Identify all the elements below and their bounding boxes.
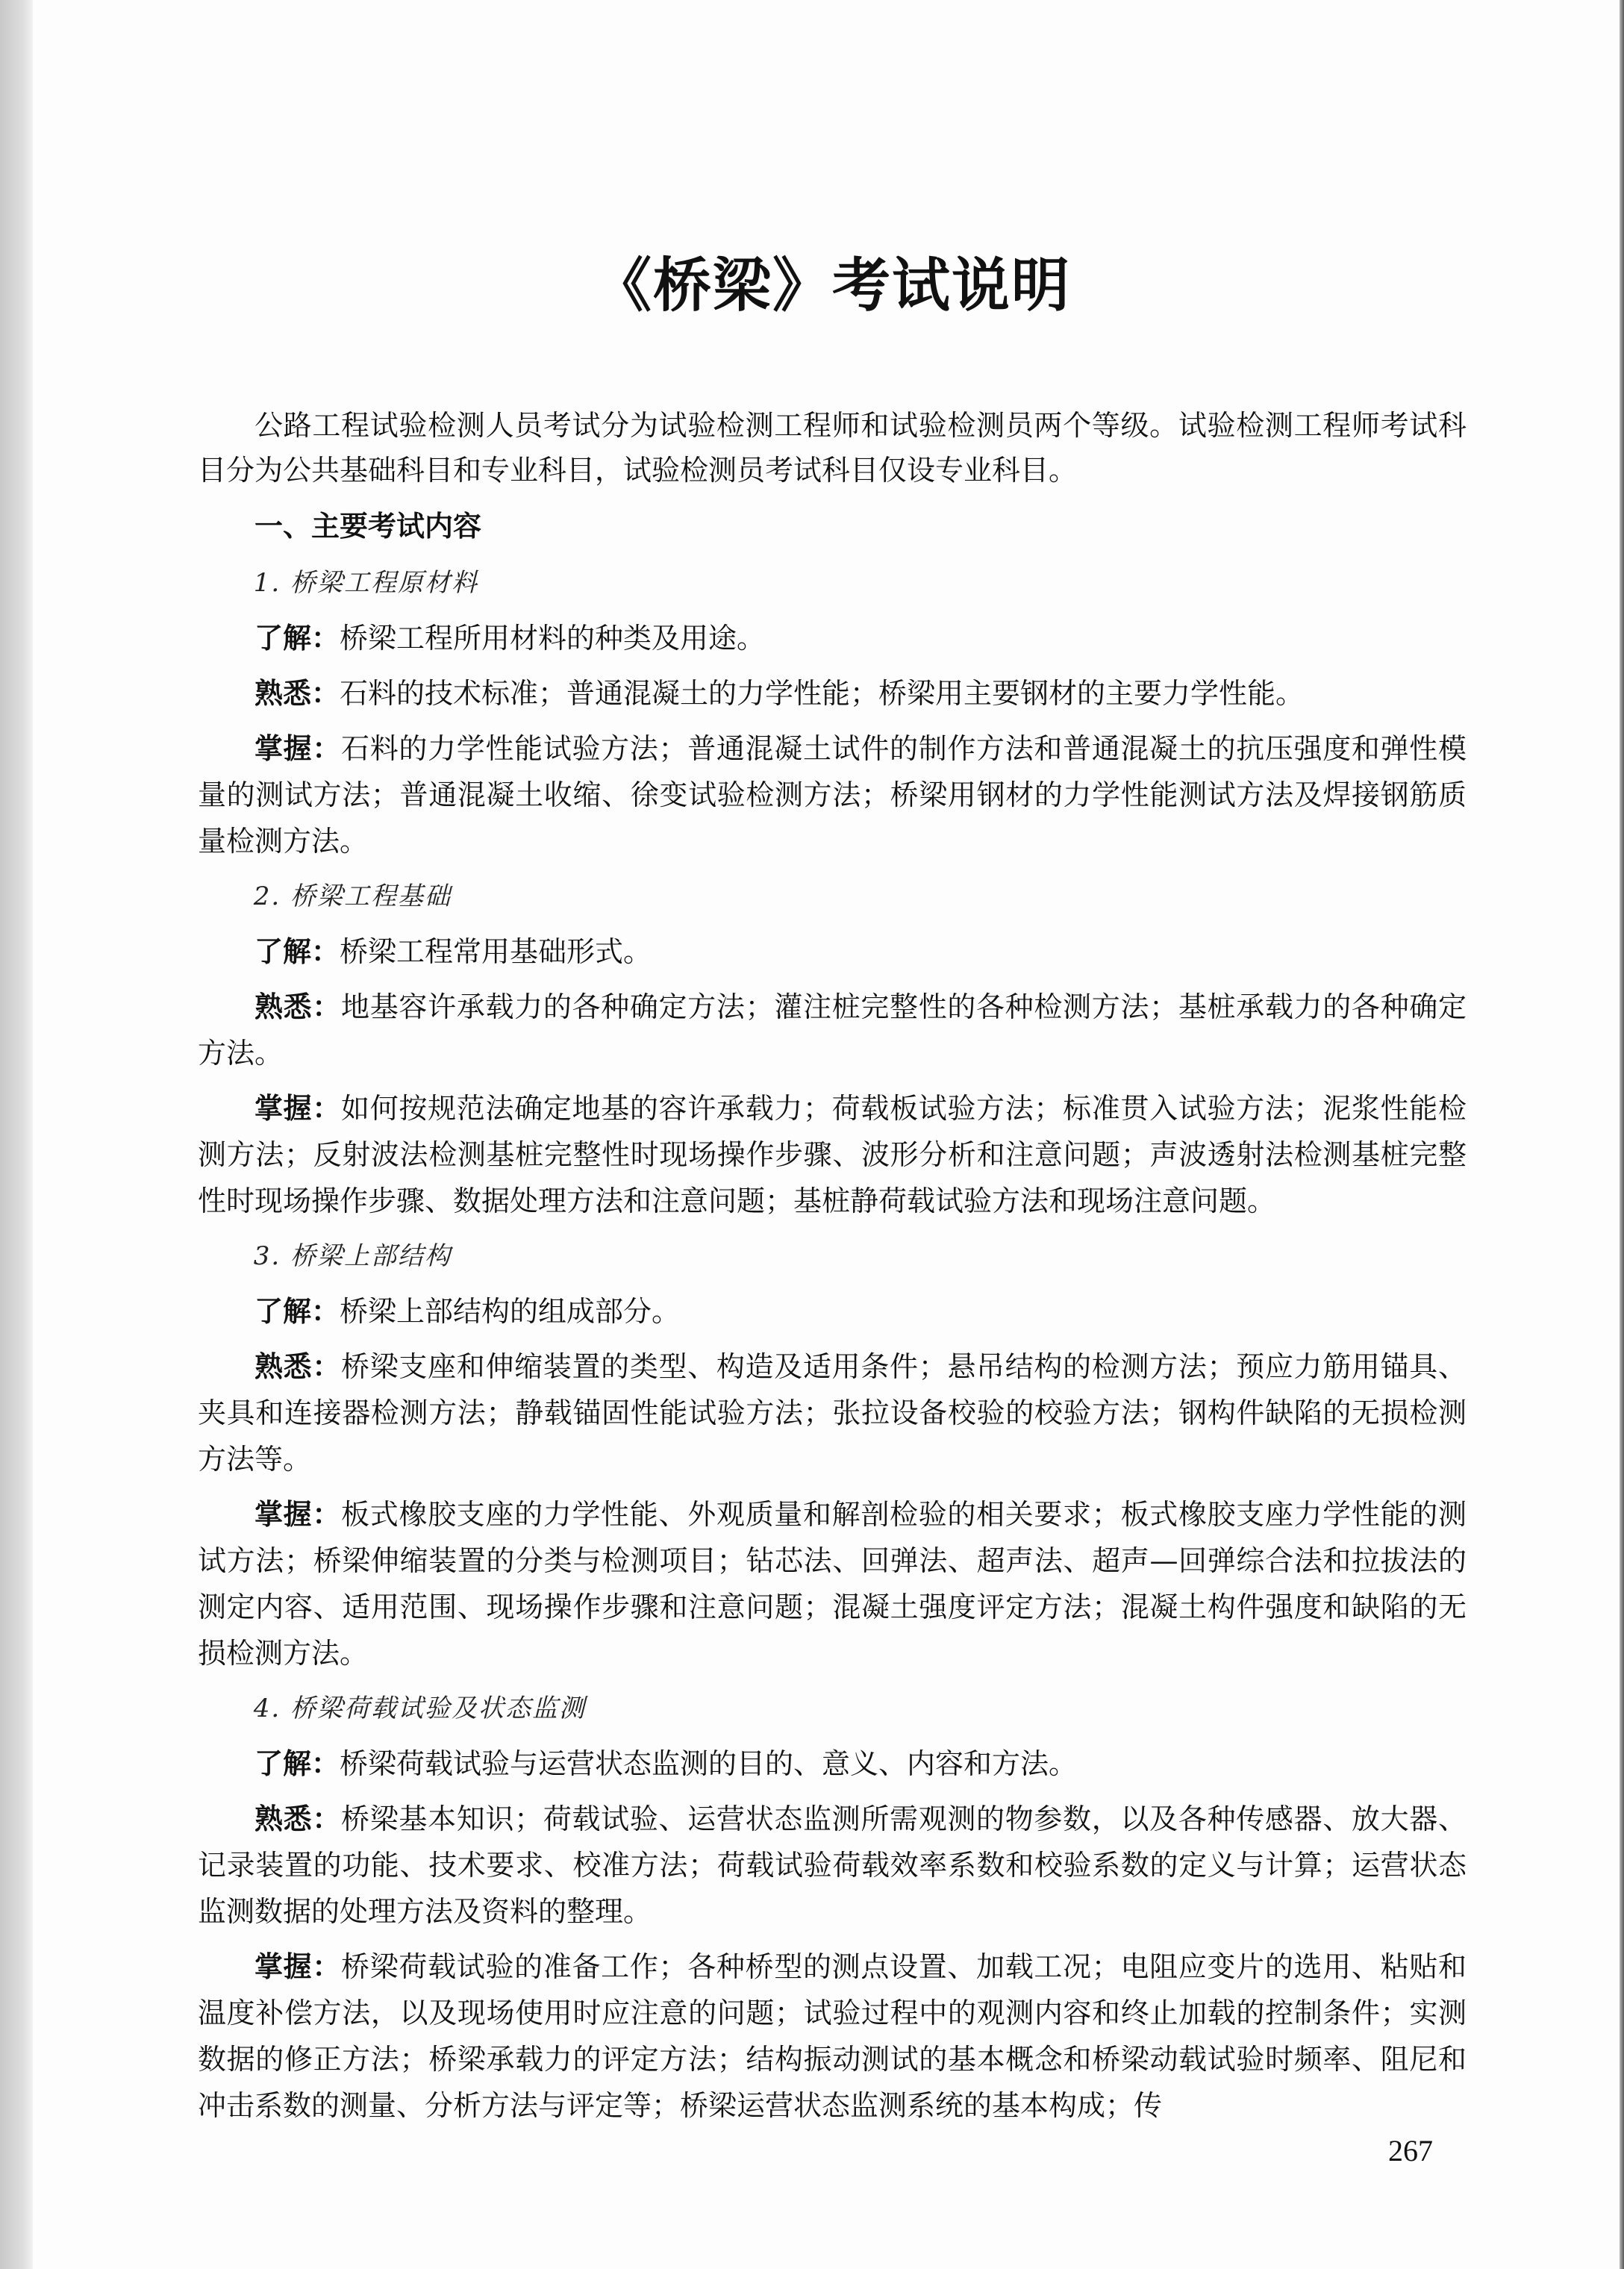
page-title: 《桥梁》考试说明 [198, 239, 1467, 322]
requirement-text: 桥梁荷载试验的准备工作；各种桥型的测点设置、加载工况；电阻应变片的选用、粘贴和温… [198, 1950, 1467, 2122]
requirement-label: 了解： [254, 935, 340, 968]
requirement-label: 熟悉： [254, 1803, 341, 1835]
requirement-label: 熟悉： [254, 990, 341, 1023]
page-number: 267 [1388, 2133, 1433, 2168]
requirement-text: 桥梁工程所用材料的种类及用途。 [340, 622, 765, 655]
requirement-label: 熟悉： [254, 1350, 341, 1383]
requirement-text: 桥梁基本知识；荷载试验、运营状态监测所需观测的物参数，以及各种传感器、放大器、记… [198, 1803, 1467, 1928]
requirement-text: 桥梁荷载试验与运营状态监测的目的、意义、内容和方法。 [340, 1747, 1077, 1780]
requirement-paragraph: 了解：桥梁工程所用材料的种类及用途。 [198, 615, 1467, 661]
requirement-paragraph: 掌握：桥梁荷载试验的准备工作；各种桥型的测点设置、加载工况；电阻应变片的选用、粘… [198, 1944, 1467, 2129]
subsection-heading: 2. 桥梁工程基础 [198, 873, 1467, 920]
document-body: 公路工程试验检测人员考试分为试验检测工程师和试验检测员两个等级。试验检测工程师考… [198, 403, 1467, 2138]
subsection-foundation: 2. 桥梁工程基础 了解：桥梁工程常用基础形式。 熟悉：地基容许承载力的各种确定… [198, 873, 1467, 1224]
requirement-text: 石料的技术标准；普通混凝土的力学性能；桥梁用主要钢材的主要力学性能。 [340, 677, 1304, 710]
requirement-paragraph: 了解：桥梁荷载试验与运营状态监测的目的、意义、内容和方法。 [198, 1741, 1467, 1787]
requirement-label: 熟悉： [254, 677, 340, 710]
requirement-text: 地基容许承载力的各种确定方法；灌注桩完整性的各种检测方法；基桩承载力的各种确定方… [198, 990, 1467, 1070]
requirement-paragraph: 了解：桥梁工程常用基础形式。 [198, 928, 1467, 975]
requirement-text: 桥梁工程常用基础形式。 [340, 935, 652, 968]
requirement-paragraph: 熟悉：地基容许承载力的各种确定方法；灌注桩完整性的各种检测方法；基桩承载力的各种… [198, 984, 1467, 1076]
requirement-paragraph: 掌握：如何按规范法确定地基的容许承载力；荷载板试验方法；标准贯入试验方法；泥浆性… [198, 1085, 1467, 1224]
requirement-paragraph: 了解：桥梁上部结构的组成部分。 [198, 1288, 1467, 1335]
requirement-label: 掌握： [254, 1950, 341, 1983]
subsection-raw-materials: 1. 桥梁工程原材料 了解：桥梁工程所用材料的种类及用途。 熟悉：石料的技术标准… [198, 560, 1467, 864]
requirement-label: 了解： [254, 1747, 340, 1780]
scan-edge-right [1620, 0, 1624, 2269]
requirement-paragraph: 掌握：板式橡胶支座的力学性能、外观质量和解剖检验的相关要求；板式橡胶支座力学性能… [198, 1491, 1467, 1676]
section-heading: 一、主要考试内容 [198, 503, 1467, 549]
requirement-label: 了解： [254, 1295, 340, 1328]
requirement-text: 石料的力学性能试验方法；普通混凝土试件的制作方法和普通混凝土的抗压强度和弹性模量… [198, 732, 1467, 858]
requirement-text: 如何按规范法确定地基的容许承载力；荷载板试验方法；标准贯入试验方法；泥浆性能检测… [198, 1092, 1467, 1217]
subsection-heading: 3. 桥梁上部结构 [198, 1233, 1467, 1279]
intro-paragraph: 公路工程试验检测人员考试分为试验检测工程师和试验检测员两个等级。试验检测工程师考… [198, 403, 1467, 493]
requirement-label: 掌握： [254, 1498, 341, 1531]
subsection-load-test: 4. 桥梁荷载试验及状态监测 了解：桥梁荷载试验与运营状态监测的目的、意义、内容… [198, 1685, 1467, 2129]
subsection-heading: 1. 桥梁工程原材料 [198, 560, 1467, 606]
requirement-label: 掌握： [254, 1092, 341, 1125]
requirement-paragraph: 熟悉：桥梁基本知识；荷载试验、运营状态监测所需观测的物参数，以及各种传感器、放大… [198, 1796, 1467, 1935]
requirement-text: 桥梁支座和伸缩装置的类型、构造及适用条件；悬吊结构的检测方法；预应力筋用锚具、夹… [198, 1350, 1467, 1476]
requirement-text: 桥梁上部结构的组成部分。 [340, 1295, 680, 1328]
requirement-label: 掌握： [254, 732, 341, 765]
requirement-paragraph: 熟悉：桥梁支座和伸缩装置的类型、构造及适用条件；悬吊结构的检测方法；预应力筋用锚… [198, 1343, 1467, 1482]
subsection-superstructure: 3. 桥梁上部结构 了解：桥梁上部结构的组成部分。 熟悉：桥梁支座和伸缩装置的类… [198, 1233, 1467, 1676]
requirement-paragraph: 掌握：石料的力学性能试验方法；普通混凝土试件的制作方法和普通混凝土的抗压强度和弹… [198, 725, 1467, 864]
subsection-heading: 4. 桥梁荷载试验及状态监测 [198, 1685, 1467, 1732]
requirement-text: 板式橡胶支座的力学性能、外观质量和解剖检验的相关要求；板式橡胶支座力学性能的测试… [198, 1498, 1467, 1670]
requirement-label: 了解： [254, 622, 340, 655]
scan-edge-left [0, 0, 33, 2269]
requirement-paragraph: 熟悉：石料的技术标准；普通混凝土的力学性能；桥梁用主要钢材的主要力学性能。 [198, 670, 1467, 717]
